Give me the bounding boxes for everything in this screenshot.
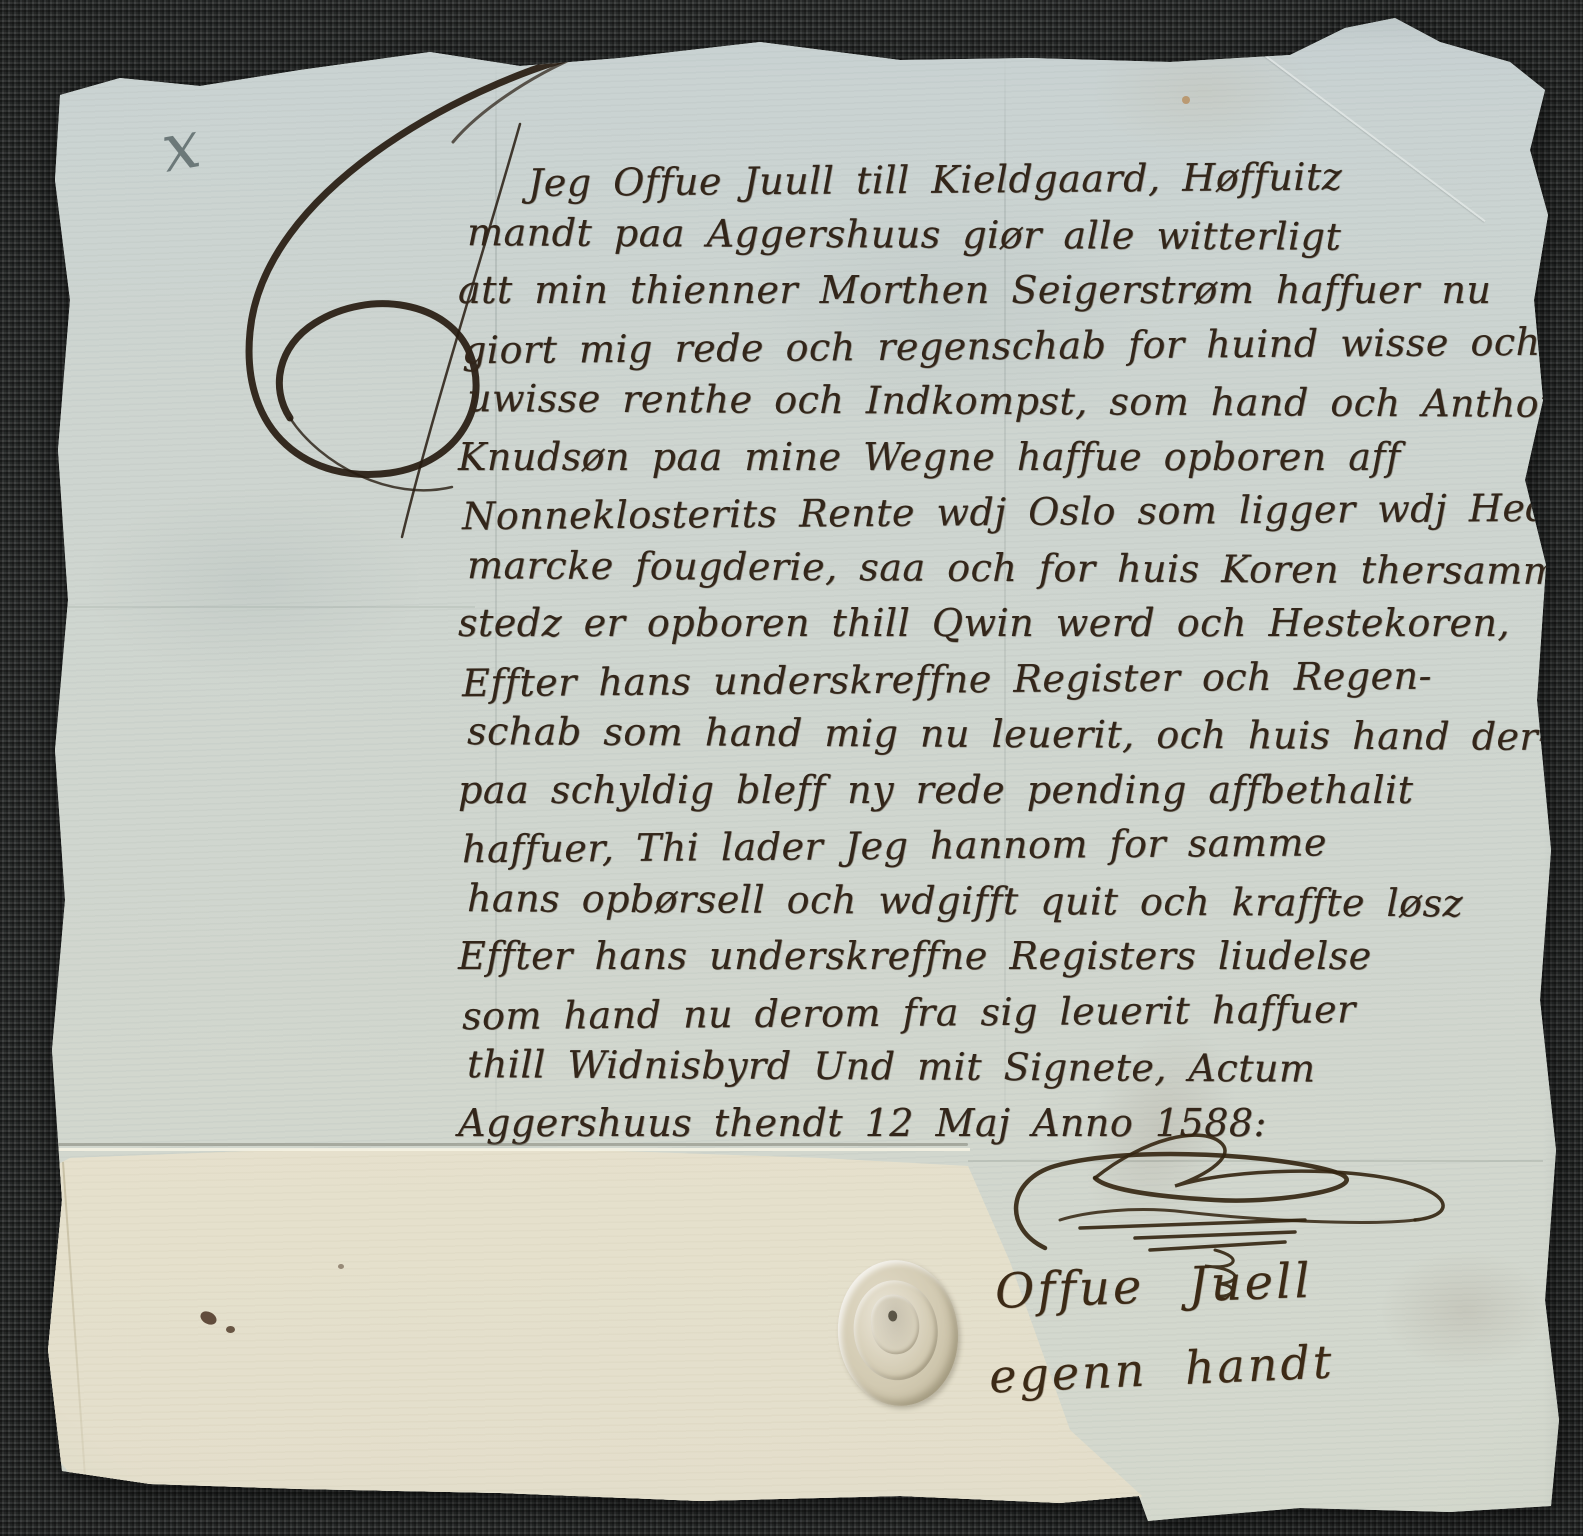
ink-spot — [226, 1326, 235, 1333]
horizontal-crease — [55, 606, 475, 608]
letter-line: att min thienner Morthen Seigerstrøm haf… — [458, 263, 1543, 319]
letter-line: schab som hand mig nu leuerit, och huis … — [467, 704, 1552, 765]
signature-own-hand: egenn handt — [988, 1334, 1335, 1403]
photograph-fabric-background: x Jeg Offue Juull till Kieldgaard, Høffu… — [0, 0, 1583, 1536]
letter-line: Nonneklosterits Rente wdj Oslo som ligge… — [462, 481, 1547, 545]
letter-line: stedz er opboren thill Qwin werd och Hes… — [458, 596, 1543, 652]
letter-line: mandt paa Aggershuus giør alle witterlig… — [467, 205, 1552, 266]
letter-line: som hand nu derom fra sig leuerit haffue… — [462, 980, 1547, 1044]
letter-line: giort mig rede och regenschab for huind … — [462, 314, 1547, 378]
letter-line: Effter hans underskreffne Register och R… — [462, 647, 1547, 711]
ink-smudge — [1380, 1250, 1550, 1370]
ink-spot — [338, 1264, 344, 1269]
letter-line: Aggershuus thendt 12 Maj Anno 1588: — [458, 1096, 1543, 1152]
letter-line: paa schyldig bleff ny rede pending affbe… — [458, 763, 1543, 819]
letter-line: hans opbørsell och wdgifft quit och kraf… — [467, 871, 1552, 932]
letter-line: marcke fougderie, saa och for huis Koren… — [467, 538, 1552, 599]
letter-sheet: x Jeg Offue Juull till Kieldgaard, Høffu… — [0, 0, 1583, 1536]
letter-line: Jeg Offue Juull till Kieldgaard, Høffuit… — [528, 148, 1547, 212]
letter-body-text: Jeg Offue Juull till Kieldgaard, Høffuit… — [462, 152, 1547, 1151]
pencil-x-mark: x — [156, 105, 206, 187]
signature-block: Offue Juell egenn handt — [995, 1258, 1334, 1396]
letter-line: thill Widnisbyrd Und mit Signete, Actum — [467, 1037, 1552, 1098]
letter-line: uwisse renthe och Indkompst, som hand oc… — [467, 371, 1552, 432]
letter-line: haffuer, Thi lader Jeg hannom for samme — [462, 814, 1547, 878]
document-paper-wrap: x Jeg Offue Juull till Kieldgaard, Høffu… — [0, 0, 1583, 1536]
signature-name: Offue Juell — [994, 1252, 1335, 1320]
letter-line: Knudsøn paa mine Wegne haffue opboren af… — [458, 430, 1543, 486]
letter-line: Effter hans underskreffne Registers liud… — [458, 929, 1543, 985]
paper-stain — [1182, 96, 1190, 104]
horizontal-fold-crease — [968, 1160, 1543, 1162]
